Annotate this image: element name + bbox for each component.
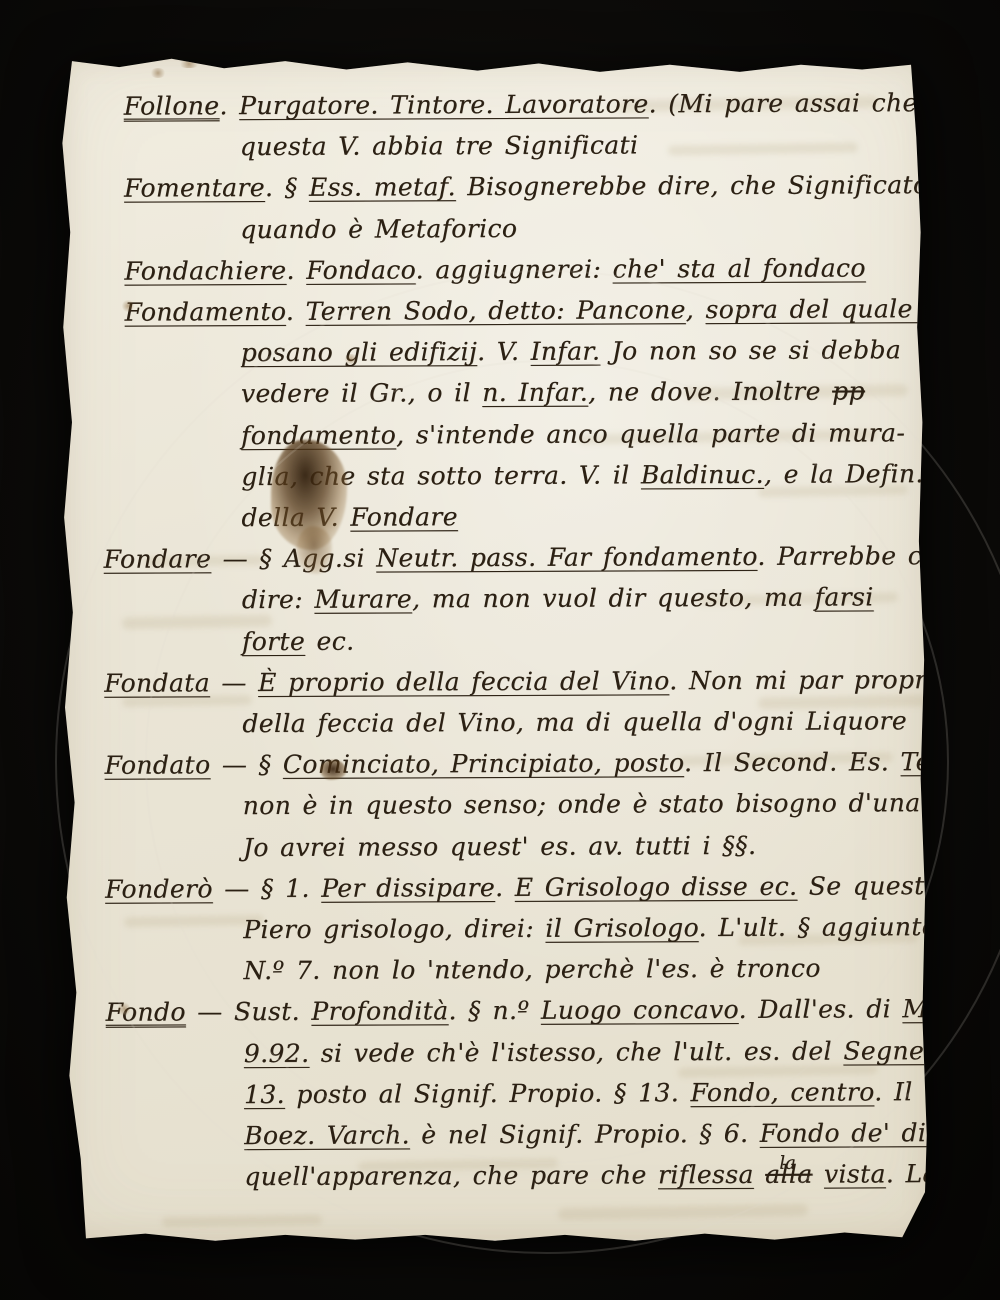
underlined-text: Follone [124, 91, 220, 120]
text-segment: . § n.º [448, 996, 540, 1025]
manuscript-page: Follone. Purgatore. Tintore. Lavoratore.… [58, 54, 932, 1242]
manuscript-line: Fondo — Sust. Profondità. § n.º Luogo co… [106, 989, 934, 1034]
manuscript-line: 13. posto al Signif. Propio. § 13. Fondo… [244, 1071, 934, 1115]
underlined-text: forte [242, 626, 305, 655]
text-segment: ec. [305, 626, 354, 655]
manuscript-line: Jo avrei messo quest' es. av. tutti i §§… [243, 824, 933, 868]
text-segment: — § 1. [213, 874, 321, 903]
underlined-text: Luogo concavo [541, 995, 739, 1025]
text-segment [812, 1160, 823, 1189]
text-segment: Bisognerebbe dire, che Significato ha [456, 170, 972, 201]
underlined-text: Fondata [104, 668, 210, 697]
manuscript-text: Follone. Purgatore. Tintore. Lavoratore.… [56, 82, 935, 1198]
underlined-text: Fondare [104, 544, 212, 573]
underlined-text: Fondamento [125, 297, 286, 327]
manuscript-line: vedere il Gr., o il n. Infar., ne dove. … [241, 371, 931, 415]
text-segment: . [495, 873, 515, 902]
bleedthrough-line [558, 1204, 808, 1220]
underlined-text: Segner. Pred. [843, 1035, 1000, 1065]
underlined-text: 13. [244, 1080, 285, 1109]
text-segment: . [286, 297, 306, 326]
underlined-text: il Grisologo [545, 913, 698, 943]
text-segment: si vede ch'è l'istesso, che l'ult. es. d… [309, 1036, 843, 1067]
manuscript-line: quando è Metaforico [240, 206, 930, 250]
underlined-text: sopra del quale si [705, 294, 945, 324]
struck-text: pp [832, 377, 865, 406]
manuscript-line: questa V. abbia tre Significati [240, 123, 930, 167]
text-segment: . Dall'es. di [738, 995, 902, 1025]
text-segment: N.º 7. non lo 'ntendo, perchè l'es. è tr… [243, 954, 820, 986]
manuscript-line: Fondachiere. Fondaco. aggiugnerei: che' … [124, 247, 930, 292]
underlined-text: 9.92. [244, 1038, 310, 1067]
text-segment: questa V. abbia tre Significati [240, 131, 639, 162]
underlined-text: Fonderò [105, 874, 213, 903]
foxing-spot [118, 1002, 130, 1016]
text-segment: , s'intende anco quella parte di mura- [396, 418, 905, 449]
manuscript-line: Fondato — § Cominciato, Principiato, pos… [104, 741, 932, 786]
text-segment: non è in questo senso; onde è stato biso… [243, 788, 953, 820]
text-segment: Piero grisologo, direi: [243, 914, 545, 944]
text-segment: è nel Signif. Propio. § 6. [410, 1119, 760, 1150]
text-segment: . Il n. es. di [874, 1077, 1000, 1107]
underlined-text: Neutr. pass. Far fondamento [376, 542, 757, 573]
text-segment: Se questi è S. [797, 871, 996, 901]
text-segment: Jo non so se si debba [600, 335, 901, 365]
photo-background: Follone. Purgatore. Tintore. Lavoratore.… [0, 0, 1000, 1300]
text-segment: Jo avrei messo quest' es. av. tutti i §§… [243, 831, 757, 862]
underlined-text: Fondato [104, 750, 210, 779]
underlined-text: Tes. Brun. [900, 747, 1000, 777]
manuscript-line: Piero grisologo, direi: il Grisologo. L'… [243, 906, 933, 950]
foxing-spot [178, 60, 200, 68]
underlined-text: Infar. [531, 337, 601, 366]
manuscript-line: Fonderò — § 1. Per dissipare. E Grisolog… [105, 865, 933, 910]
text-segment: . § [265, 173, 309, 202]
underlined-text: M.V. [902, 994, 959, 1023]
manuscript-line: della feccia del Vino, ma di quella d'og… [242, 700, 932, 744]
inserted-word: la [779, 1143, 796, 1184]
text-segment: , ne dove. Inoltre [588, 377, 832, 407]
text-segment: . [286, 256, 306, 285]
manuscript-line: 9.92. si vede ch'è l'istesso, che l'ult.… [244, 1030, 934, 1074]
text-segment: . Il Second. Es. [684, 747, 901, 777]
manuscript-lines: Follone. Purgatore. Tintore. Lavoratore.… [56, 82, 935, 1198]
underlined-text: Fondo [106, 998, 186, 1027]
manuscript-line: Follone. Purgatore. Tintore. Lavoratore.… [124, 82, 930, 127]
manuscript-line: Fondata — È proprio della feccia del Vin… [104, 659, 932, 704]
text-segment: — § [210, 750, 282, 779]
text-segment: , e la Defin. [764, 459, 924, 489]
manuscript-line: non è in questo senso; onde è stato biso… [243, 783, 933, 827]
underlined-text: Murare [314, 585, 412, 614]
foxing-spot [150, 68, 166, 78]
text-segment: . aggiugnerei: [416, 254, 613, 284]
underlined-text: posano gli edifizij [241, 337, 478, 367]
text-segment: . L'ult. § aggiunto al [699, 912, 973, 942]
text-segment: quando è Metaforico [240, 214, 517, 244]
text-segment: . Non mi par proprio [669, 665, 950, 695]
text-segment: . (Mi pare assai che [648, 88, 917, 118]
manuscript-line: Fomentare. § Ess. metaf. Bisognerebbe di… [124, 165, 930, 210]
underlined-text: È proprio della feccia del Vino [258, 666, 669, 697]
underlined-text: riflessa [658, 1160, 754, 1189]
underlined-text: vista [824, 1160, 886, 1189]
text-segment: . V. [477, 337, 531, 366]
bleedthrough-line [162, 1215, 322, 1228]
underlined-text: n. Infar. [482, 378, 588, 407]
underlined-text: Baldinuc. [641, 460, 764, 490]
underlined-text: Fondachiere [124, 256, 286, 286]
manuscript-sheet-wrap: Follone. Purgatore. Tintore. Lavoratore.… [58, 54, 932, 1242]
underlined-text: Ess. metaf. [309, 173, 456, 203]
struck-text: allala [765, 1160, 813, 1189]
text-segment: vedere il Gr., o il [241, 378, 482, 408]
text-segment: , [686, 295, 706, 324]
manuscript-line: dire: Murare, ma non vuol dir questo, ma… [242, 577, 932, 621]
foxing-spot [344, 354, 358, 364]
manuscript-line: quell'apparenza, che pare che riflessa a… [244, 1153, 934, 1197]
underlined-text: che' sta al fondaco [612, 253, 865, 283]
ink-blot [320, 760, 346, 780]
manuscript-line: fondamento, s'intende anco quella parte … [241, 412, 931, 456]
underlined-text: Purgatore. Tintore. Lavoratore [239, 89, 649, 120]
text-segment: — Sust. [186, 997, 312, 1027]
foxing-spot [122, 300, 134, 312]
underlined-text: E Grisologo disse ec. [515, 872, 798, 902]
manuscript-line: forte ec. [242, 618, 932, 662]
manuscript-line: Fondare — § Agg.si Neutr. pass. Far fond… [104, 535, 932, 580]
text-segment: . [219, 91, 239, 120]
underlined-text: Fondare [350, 502, 458, 531]
underlined-text: Per dissipare [321, 873, 495, 903]
underlined-text: Fondo, centro [690, 1077, 874, 1107]
text-segment: — [210, 668, 258, 697]
text-segment: della feccia del Vino, ma di quella d'og… [242, 706, 907, 738]
text-segment: . Parrebbe che volesse [757, 541, 1000, 571]
ink-stain-tail [296, 526, 332, 574]
text-segment: dire: [242, 585, 315, 614]
underlined-text: Terren Sodo, detto: Pancone [306, 295, 686, 326]
manuscript-line: Fondamento. Terren Sodo, detto: Pancone,… [124, 288, 930, 333]
text-segment [754, 1160, 765, 1189]
text-segment: , ma non vuol dir questo, ma [412, 583, 815, 614]
text-segment: quell'apparenza, che pare che [244, 1161, 658, 1192]
underlined-text: farsi [815, 583, 874, 612]
manuscript-line: Boez. Varch. è nel Signif. Propio. § 6. … [244, 1112, 934, 1156]
manuscript-line: N.º 7. non lo 'ntendo, perchè l'es. è tr… [243, 947, 933, 991]
manuscript-line: posano gli edifizij. V. Infar. Jo non so… [241, 329, 931, 373]
underlined-text: Fondaco [306, 255, 416, 284]
underlined-text: Profondità [311, 997, 448, 1027]
underlined-text: Boez. Varch. [244, 1120, 410, 1150]
text-segment: posto al Signif. Propio. § 13. [285, 1078, 691, 1109]
text-segment: — § Agg.si [211, 544, 376, 574]
underlined-text: Fomentare [124, 173, 265, 203]
text-segment: . La vista [886, 1159, 1000, 1189]
